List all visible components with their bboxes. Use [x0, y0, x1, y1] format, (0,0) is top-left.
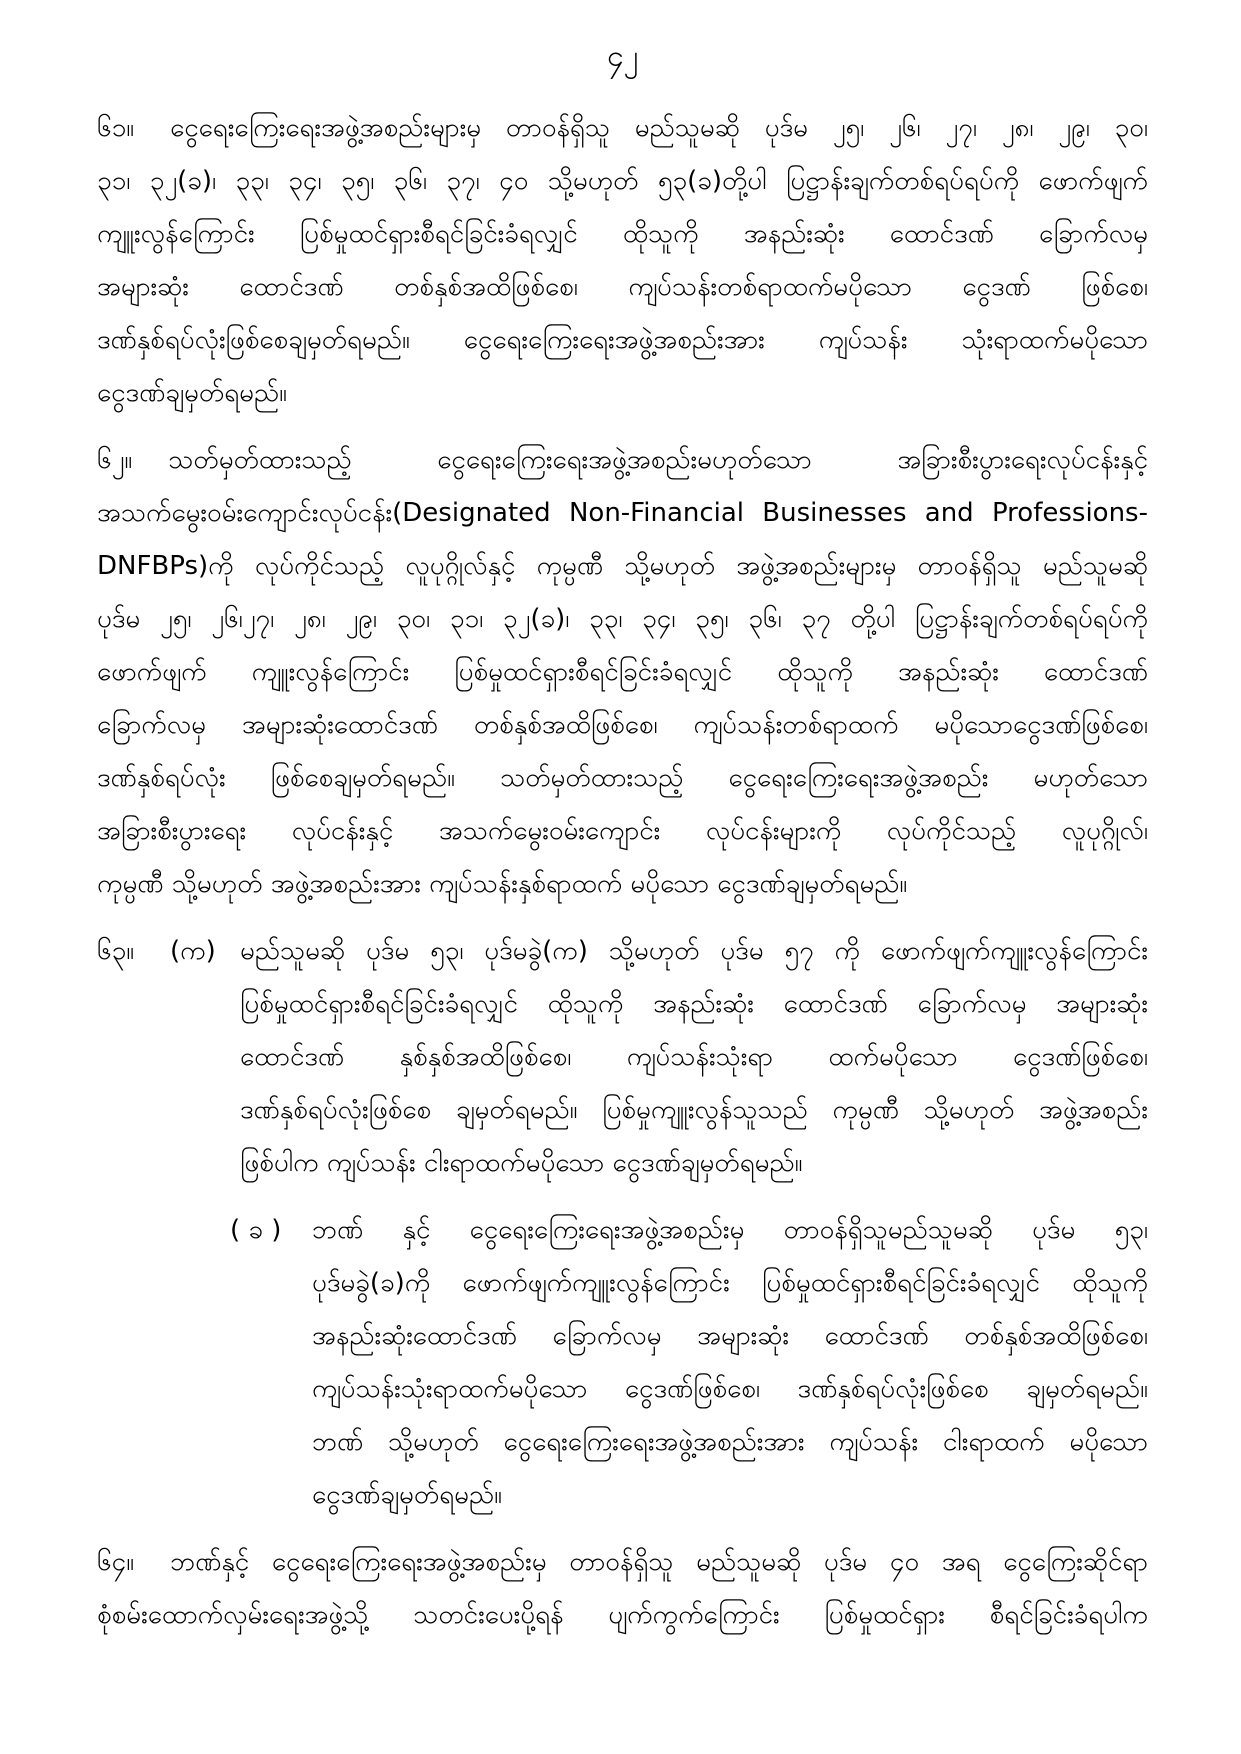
text-line: အများဆုံး ထောင်ဒဏ် တစ်နှစ်အထိဖြစ်စေ၊ ကျပ…	[97, 261, 1148, 314]
text-line: ထောင်ဒဏ် နှစ်နှစ်အထိဖြစ်စေ၊ ကျပ်သန်းသုံး…	[240, 1031, 1148, 1084]
text-line: ပြစ်မှုထင်ရှားစီရင်ခြင်းခံရလျှင် ထိုသူကိ…	[240, 978, 1148, 1031]
section-63-item-a: ၆၃။ (က) မည်သူမဆို ပုဒ်မ ၅၃၊ ပုဒ်မခွဲ(က) …	[97, 925, 1148, 1190]
item-b-text: ဘဏ် နှင့် ငွေရေးကြေးရေးအဖွဲ့အစည်းမှ တာဝန…	[312, 1204, 1148, 1522]
text-line: ငွေဒဏ်ချမှတ်ရမည်။	[312, 1469, 1148, 1522]
text-line-content: ဘဏ်နှင့် ငွေရေးကြေးရေးအဖွဲ့အစည်းမှ တာဝန်…	[170, 1547, 1148, 1577]
text-line: ပုဒ်မ ၂၅၊ ၂၆၊၂၇၊ ၂၈၊ ၂၉၊ ၃၀၊ ၃၁၊ ၃၂(ခ)၊ …	[97, 593, 1148, 646]
item-a-label: (က)	[170, 925, 240, 978]
section-61-paragraph: ၆၁။ငွေရေးကြေးရေးအဖွဲ့အစည်းများမှ တာဝန်ရှ…	[97, 102, 1148, 420]
text-line: ၆၂။သတ်မှတ်ထားသည့် ငွေရေးကြေးရေးအဖွဲ့အစည်…	[97, 434, 1148, 487]
text-line: အနည်းဆုံးထောင်ဒဏ် ခြောက်လမှ အများဆုံး ထေ…	[312, 1310, 1148, 1363]
text-line: ဖောက်ဖျက် ကျူးလွန်ကြောင်း ပြစ်မှုထင်ရှား…	[97, 646, 1148, 699]
item-b-label: ( ခ )	[230, 1204, 312, 1257]
text-line: ဒဏ်နှစ်ရပ်လုံး ဖြစ်စေချမှတ်ရမည်။ သတ်မှတ်…	[97, 752, 1148, 805]
text-line: အသက်မွေးဝမ်းကျောင်းလုပ်ငန်း(Designated N…	[97, 487, 1148, 540]
text-line: DNFBPs)ကို လုပ်ကိုင်သည့် လူပုဂ္ဂိုလ်နှင့…	[97, 540, 1148, 593]
text-line: အခြားစီးပွားရေး လုပ်ငန်းနှင့် အသက်မွေးဝမ…	[97, 805, 1148, 858]
text-line: ဒဏ်နှစ်ရပ်လုံးဖြစ်စေချမှတ်ရမည်။ ငွေရေးကြ…	[97, 314, 1148, 367]
text-line: ကျူးလွန်ကြောင်း ပြစ်မှုထင်ရှားစီရင်ခြင်း…	[97, 208, 1148, 261]
text-line: ဘဏ် သို့မဟုတ် ငွေရေးကြေးရေးအဖွဲ့အစည်းအား…	[312, 1416, 1148, 1469]
text-line: ခြောက်လမှ အများဆုံးထောင်ဒဏ် တစ်နှစ်အထိဖြ…	[97, 699, 1148, 752]
section-63-marker: ၆၃။	[97, 925, 170, 978]
text-line: ဖြစ်ပါက ကျပ်သန်း ငါးရာထက်မပိုသော ငွေဒဏ်ခ…	[240, 1137, 1148, 1190]
text-line: ဘဏ် နှင့် ငွေရေးကြေးရေးအဖွဲ့အစည်းမှ တာဝန…	[312, 1204, 1148, 1257]
section-61-marker: ၆၁။	[97, 102, 134, 155]
text-line: ၃၁၊ ၃၂(ခ)၊ ၃၃၊ ၃၄၊ ၃၅၊ ၃၆၊ ၃၇၊ ၄၀ သို့မဟ…	[97, 155, 1148, 208]
section-64-paragraph: ၆၄။ဘဏ်နှင့် ငွေရေးကြေးရေးအဖွဲ့အစည်းမှ တာ…	[97, 1536, 1148, 1642]
text-line: ကုမ္ပဏီ သို့မဟုတ် အဖွဲ့အစည်းအား ကျပ်သန်း…	[97, 858, 1148, 911]
text-line: ဒဏ်နှစ်ရပ်လုံးဖြစ်စေ ချမှတ်ရမည်။ ပြစ်မှု…	[240, 1084, 1148, 1137]
section-63-item-b: ( ခ ) ဘဏ် နှင့် ငွေရေးကြေးရေးအဖွဲ့အစည်းမ…	[97, 1204, 1148, 1522]
text-line: မည်သူမဆို ပုဒ်မ ၅၃၊ ပုဒ်မခွဲ(က) သို့မဟုတ…	[240, 925, 1148, 978]
text-line-content: သတ်မှတ်ထားသည့် ငွေရေးကြေးရေးအဖွဲ့အစည်းမဟ…	[168, 445, 1148, 475]
section-62-marker: ၆၂။	[97, 434, 132, 487]
text-line: ၆၄။ဘဏ်နှင့် ငွေရေးကြေးရေးအဖွဲ့အစည်းမှ တာ…	[97, 1536, 1148, 1589]
section-62-paragraph: ၆၂။သတ်မှတ်ထားသည့် ငွေရေးကြေးရေးအဖွဲ့အစည်…	[97, 434, 1148, 911]
text-line: ၆၁။ငွေရေးကြေးရေးအဖွဲ့အစည်းများမှ တာဝန်ရှ…	[97, 102, 1148, 155]
item-a-text: မည်သူမဆို ပုဒ်မ ၅၃၊ ပုဒ်မခွဲ(က) သို့မဟုတ…	[240, 925, 1148, 1190]
section-64-marker: ၆၄။	[97, 1536, 134, 1589]
text-line: စုံစမ်းထောက်လှမ်းရေးအဖွဲ့သို့ သတင်းပေးပိ…	[97, 1589, 1148, 1642]
text-line-content: ငွေရေးကြေးရေးအဖွဲ့အစည်းများမှ တာဝန်ရှိသူ…	[170, 113, 1148, 143]
page-number: ၄၂	[97, 34, 1148, 80]
text-line: ပုဒ်မခွဲ(ခ)ကို ဖောက်ဖျက်ကျူးလွန်ကြောင်း …	[312, 1257, 1148, 1310]
text-line: ကျပ်သန်းသုံးရာထက်မပိုသော ငွေဒဏ်ဖြစ်စေ၊ ဒ…	[312, 1363, 1148, 1416]
text-line: ငွေဒဏ်ချမှတ်ရမည်။	[97, 367, 1148, 420]
document-page: ၄၂ ၆၁။ငွေရေးကြေးရေးအဖွဲ့အစည်းများမှ တာဝန…	[0, 0, 1241, 1754]
